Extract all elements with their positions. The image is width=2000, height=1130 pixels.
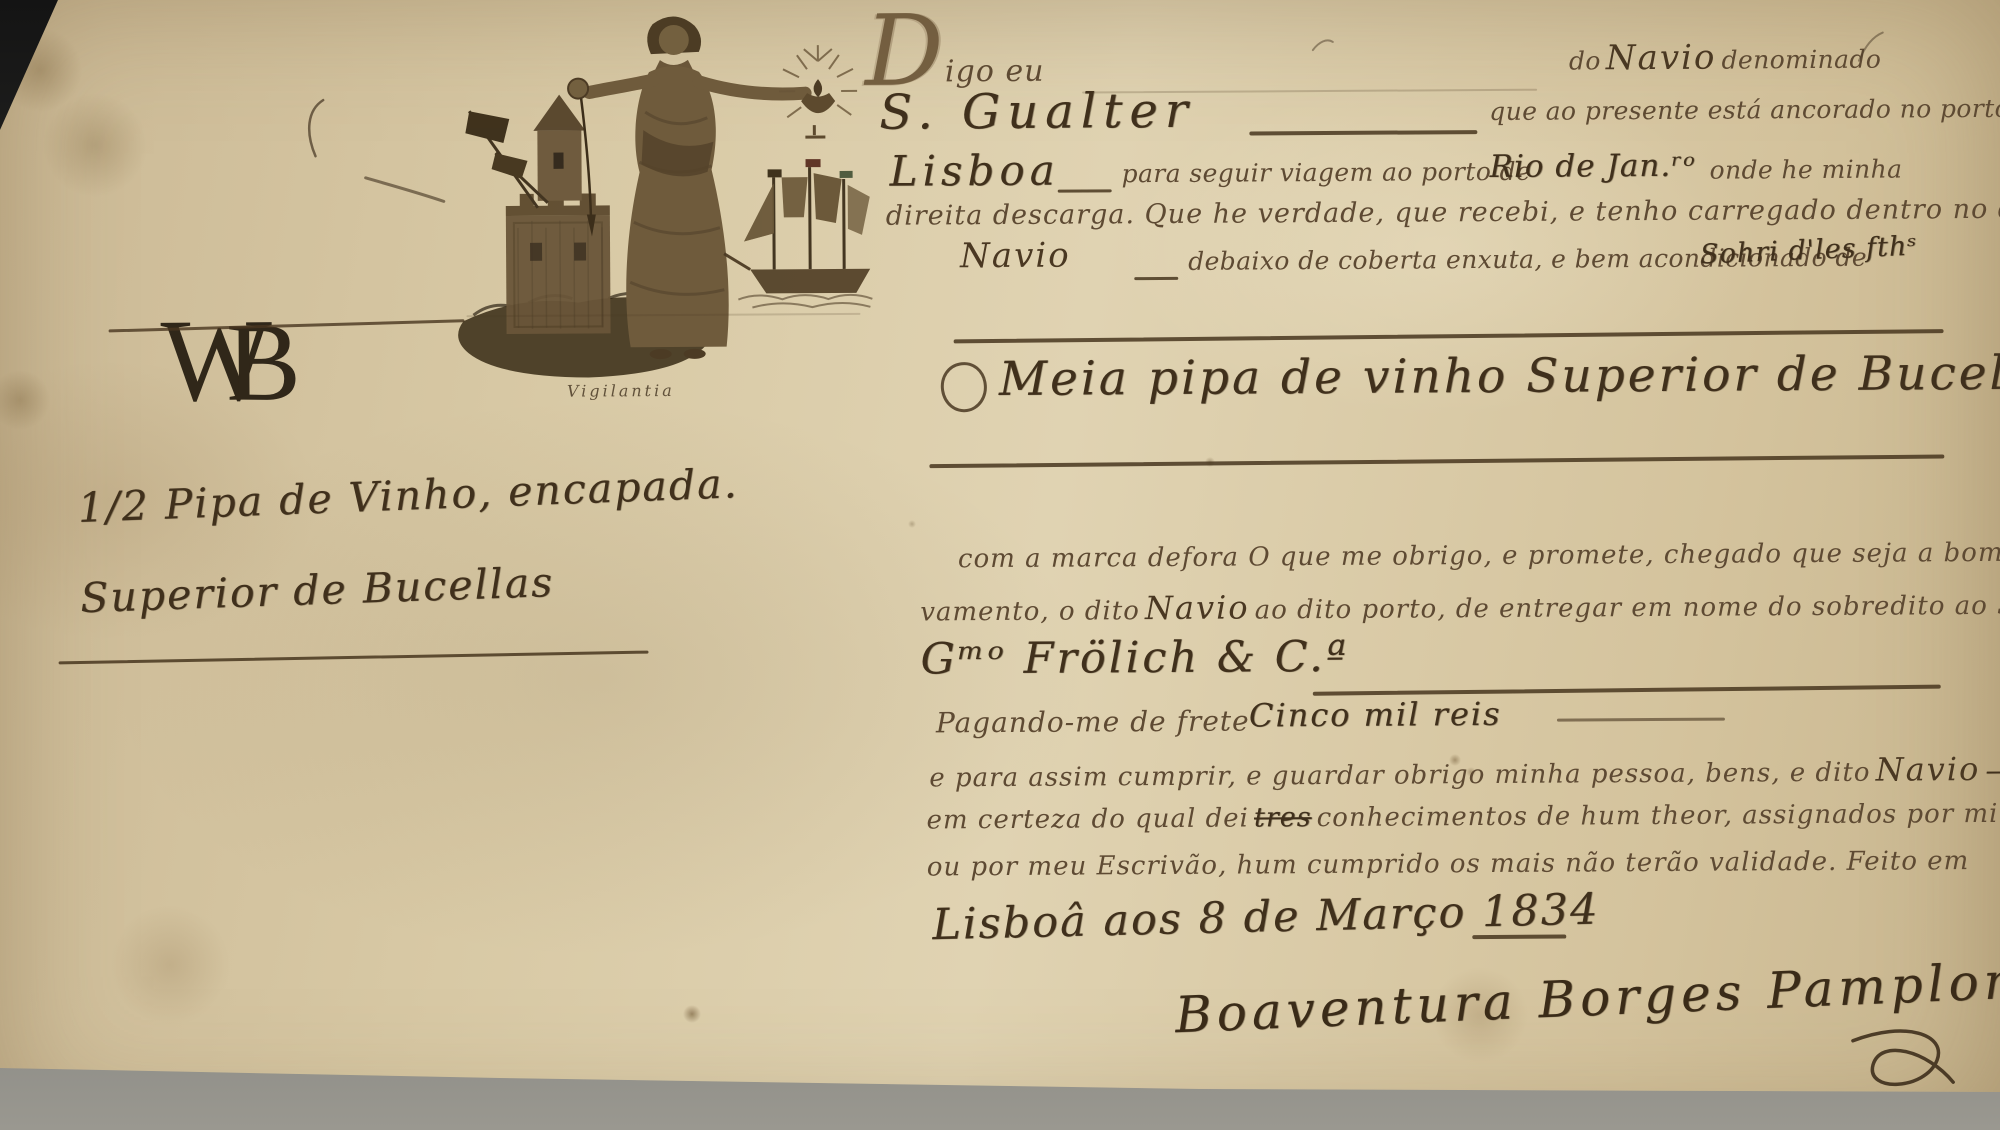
- stray-pen-mark-1: [309, 100, 323, 156]
- stray-scratch-mark: [366, 177, 444, 201]
- stray-pen-mark-2: [1313, 40, 1333, 50]
- ink-marks-layer: [0, 0, 2000, 1130]
- signature-flourish: [1853, 1031, 1953, 1085]
- stray-pen-mark-3: [1859, 33, 1883, 61]
- sheet-content: Vigilantia WB 1/2 Pipa de Vinho, encapad…: [0, 0, 2000, 1130]
- document-photo: Vigilantia WB 1/2 Pipa de Vinho, encapad…: [0, 0, 2000, 1130]
